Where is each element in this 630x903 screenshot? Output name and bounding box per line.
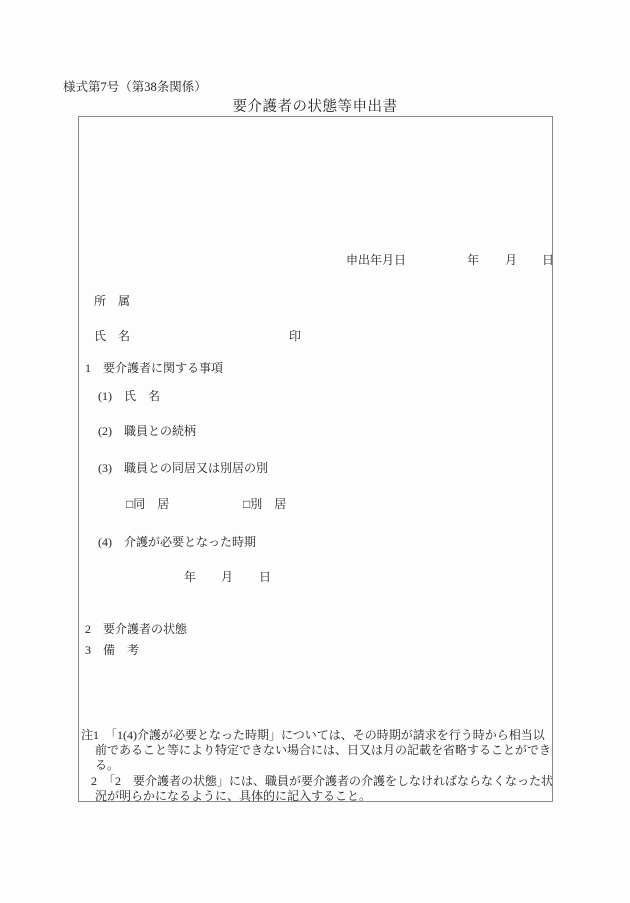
affiliation-label: 所 属 — [94, 295, 130, 308]
item3-living-label: (3) 職員との同居又は別居の別 — [98, 462, 268, 475]
application-date-day-label: 日 — [542, 254, 553, 267]
application-date-month-label: 月 — [505, 254, 517, 267]
seal-label: 印 — [289, 330, 301, 343]
period-month-label: 月 — [221, 571, 233, 584]
item2-relation-label: (2) 職員との続柄 — [98, 425, 196, 438]
form-border-box: 申出年月日 年 月 日 所 属 氏 名 印 1 要介護者に関する事項 (1) 氏… — [78, 116, 553, 802]
application-date-label: 申出年月日 — [346, 254, 406, 267]
footnote-line: 況が明らかになるように、具体的に記入すること。 — [81, 789, 552, 802]
period-day-label: 日 — [259, 571, 271, 584]
checkbox-living-together[interactable]: □同 居 — [126, 498, 169, 511]
page-title: 要介護者の状態等申出書 — [0, 95, 630, 116]
living-separate-label: 別 居 — [250, 497, 286, 511]
section1-heading: 1 要介護者に関する事項 — [85, 362, 223, 375]
footnote-line: 前であること等により特定できない場合には、日又は月の記載を省略することができ — [81, 743, 552, 758]
applicant-name-label: 氏 名 — [94, 330, 130, 343]
footnotes: 注1 「1(4)介護が必要となった時期」については、その時期が請求を行う時から相… — [81, 728, 552, 802]
item1-name-label: (1) 氏 名 — [98, 390, 160, 403]
document-page: 様式第7号（第38条関係） 要介護者の状態等申出書 申出年月日 年 月 日 所 … — [0, 0, 630, 903]
section3-heading: 3 備 考 — [85, 644, 139, 657]
period-year-label: 年 — [184, 571, 196, 584]
form-number: 様式第7号（第38条関係） — [63, 77, 207, 95]
application-date-year-label: 年 — [467, 254, 479, 267]
footnote-line: る。 — [81, 758, 552, 773]
living-together-label: 同 居 — [133, 497, 169, 511]
item4-period-label: (4) 介護が必要となった時期 — [98, 536, 256, 549]
section2-heading: 2 要介護者の状態 — [85, 623, 187, 636]
checkbox-living-separate[interactable]: □別 居 — [243, 498, 286, 511]
footnote-line: 注1 「1(4)介護が必要となった時期」については、その時期が請求を行う時から相… — [81, 728, 552, 743]
footnote-line: 2 「2 要介護者の状態」には、職員が要介護者の介護をしなければならなくなった状 — [81, 774, 552, 789]
